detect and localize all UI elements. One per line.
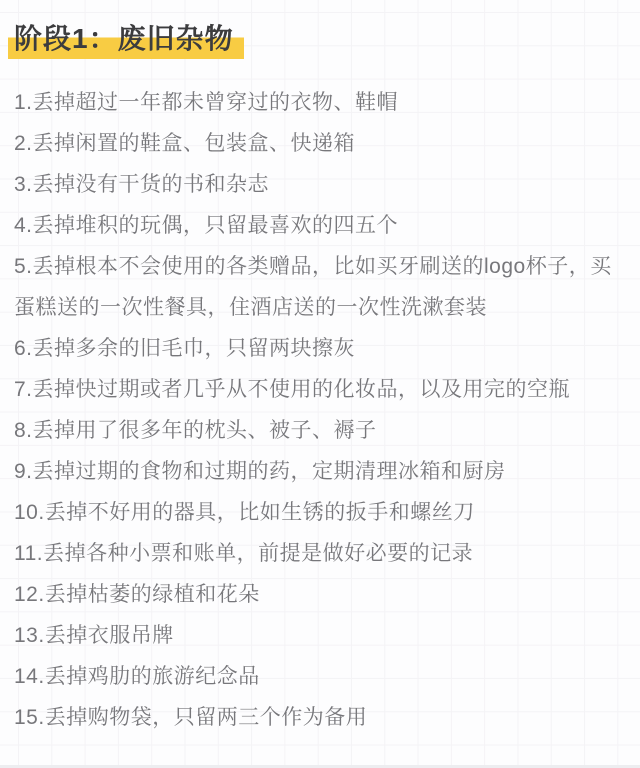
list-item: 14.丢掉鸡肋的旅游纪念品 (14, 656, 626, 697)
list-item: 4.丢掉堆积的玩偶，只留最喜欢的四五个 (14, 205, 626, 246)
page-title-highlighted-text: 阶段1：废旧杂物 (8, 22, 244, 59)
list-item: 9.丢掉过期的食物和过期的药，定期清理冰箱和厨房 (14, 451, 626, 492)
list-item: 6.丢掉多余的旧毛巾，只留两块擦灰 (14, 328, 626, 369)
list-item: 2.丢掉闲置的鞋盒、包装盒、快递箱 (14, 123, 626, 164)
list-item: 11.丢掉各种小票和账单，前提是做好必要的记录 (14, 533, 626, 574)
page-title: 阶段1：废旧杂物 (8, 22, 244, 59)
list-item: 10.丢掉不好用的器具，比如生锈的扳手和螺丝刀 (14, 492, 626, 533)
declutter-list: 1.丢掉超过一年都未曾穿过的衣物、鞋帽2.丢掉闲置的鞋盒、包装盒、快递箱3.丢掉… (14, 82, 626, 738)
list-item: 8.丢掉用了很多年的枕头、被子、褥子 (14, 410, 626, 451)
list-item: 7.丢掉快过期或者几乎从不使用的化妆品，以及用完的空瓶 (14, 369, 626, 410)
note-page: 阶段1：废旧杂物 1.丢掉超过一年都未曾穿过的衣物、鞋帽2.丢掉闲置的鞋盒、包装… (0, 0, 640, 768)
list-item: 13.丢掉衣服吊牌 (14, 615, 626, 656)
list-item: 5.丢掉根本不会使用的各类赠品，比如买牙刷送的logo杯子，买蛋糕送的一次性餐具… (14, 246, 626, 328)
list-item: 3.丢掉没有干货的书和杂志 (14, 164, 626, 205)
list-item: 15.丢掉购物袋，只留两三个作为备用 (14, 697, 626, 738)
list-item: 12.丢掉枯萎的绿植和花朵 (14, 574, 626, 615)
list-item: 1.丢掉超过一年都未曾穿过的衣物、鞋帽 (14, 82, 626, 123)
